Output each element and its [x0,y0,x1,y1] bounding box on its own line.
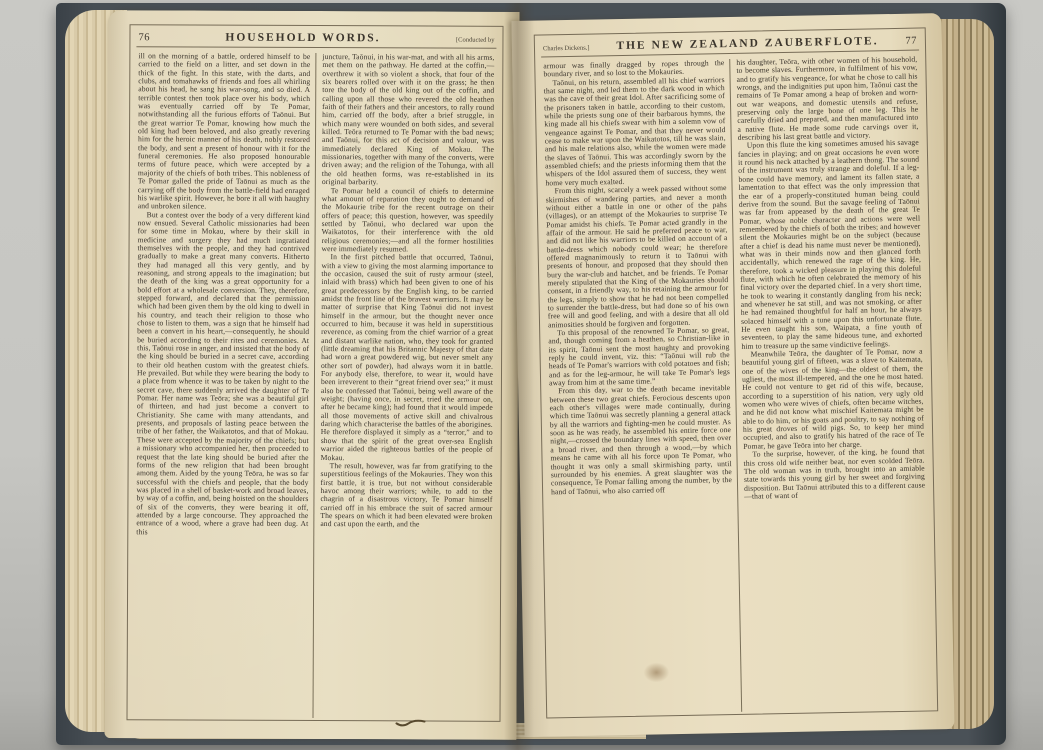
right-page-columns: armour was finally dragged by ropes thro… [541,53,931,716]
book: 76 HOUSEHOLD WORDS. [Conducted by ill on… [56,3,1006,745]
paragraph: Upon this flute the king sometimes amuse… [738,139,923,351]
paragraph: The result, however, was far from gratif… [320,462,492,529]
paragraph: his daughter, Teōra, with other women of… [736,56,918,143]
left-page-columns: ill on the morning of a battle, ordered … [134,49,497,719]
left-page: 76 HOUSEHOLD WORDS. [Conducted by ill on… [104,10,519,740]
paragraph: Meanwhile Teōra, the daughter of Te Poma… [742,348,925,451]
left-page-frame: 76 HOUSEHOLD WORDS. [Conducted by ill on… [126,24,503,722]
right-page-frame: Charles Dickens.] THE NEW ZEALAND ZAUBER… [534,27,938,718]
left-page-column-1: ill on the morning of a battle, ordered … [134,52,316,718]
ink-squiggle-mark [394,717,428,727]
paragraph: To this proposal of the renowned Te Poma… [548,326,730,388]
right-page: Charles Dickens.] THE NEW ZEALAND ZAUBER… [511,13,954,737]
running-title-household-words: HOUSEHOLD WORDS. [150,31,456,44]
page-number-76: 76 [138,32,150,43]
running-title-zauberflote: THE NEW ZEALAND ZAUBERFLOTE. [589,35,905,53]
left-page-header: 76 HOUSEHOLD WORDS. [Conducted by [136,29,496,49]
paragraph: From this day, war to the death became i… [549,384,732,496]
page-number-77: 77 [905,36,917,47]
paragraph: Te Pomar held a council of chiefs to det… [322,187,494,254]
right-page-column-2: his daughter, Teōra, with other women of… [729,56,931,712]
conducted-by-label: [Conducted by [456,37,494,44]
paragraph: Taōnui, on his return, assembled all his… [544,76,727,188]
paragraph: But a contest over the body of a very di… [136,211,309,537]
paragraph: ill on the morning of a battle, ordered … [138,52,311,211]
paragraph: From this night, scarcely a week passed … [546,184,730,329]
paragraph: juncture, Taōnui, in his war-mat, and wi… [322,53,495,187]
right-page-column-1: armour was finally dragged by ropes thro… [541,59,741,715]
left-page-column-2: juncture, Taōnui, in his war-mat, and wi… [313,53,497,719]
paragraph: In the first pitched battle that occurre… [321,253,494,462]
charles-dickens-label: Charles Dickens.] [543,45,590,53]
paragraph: To the surprise, however, of the king, h… [743,448,925,501]
